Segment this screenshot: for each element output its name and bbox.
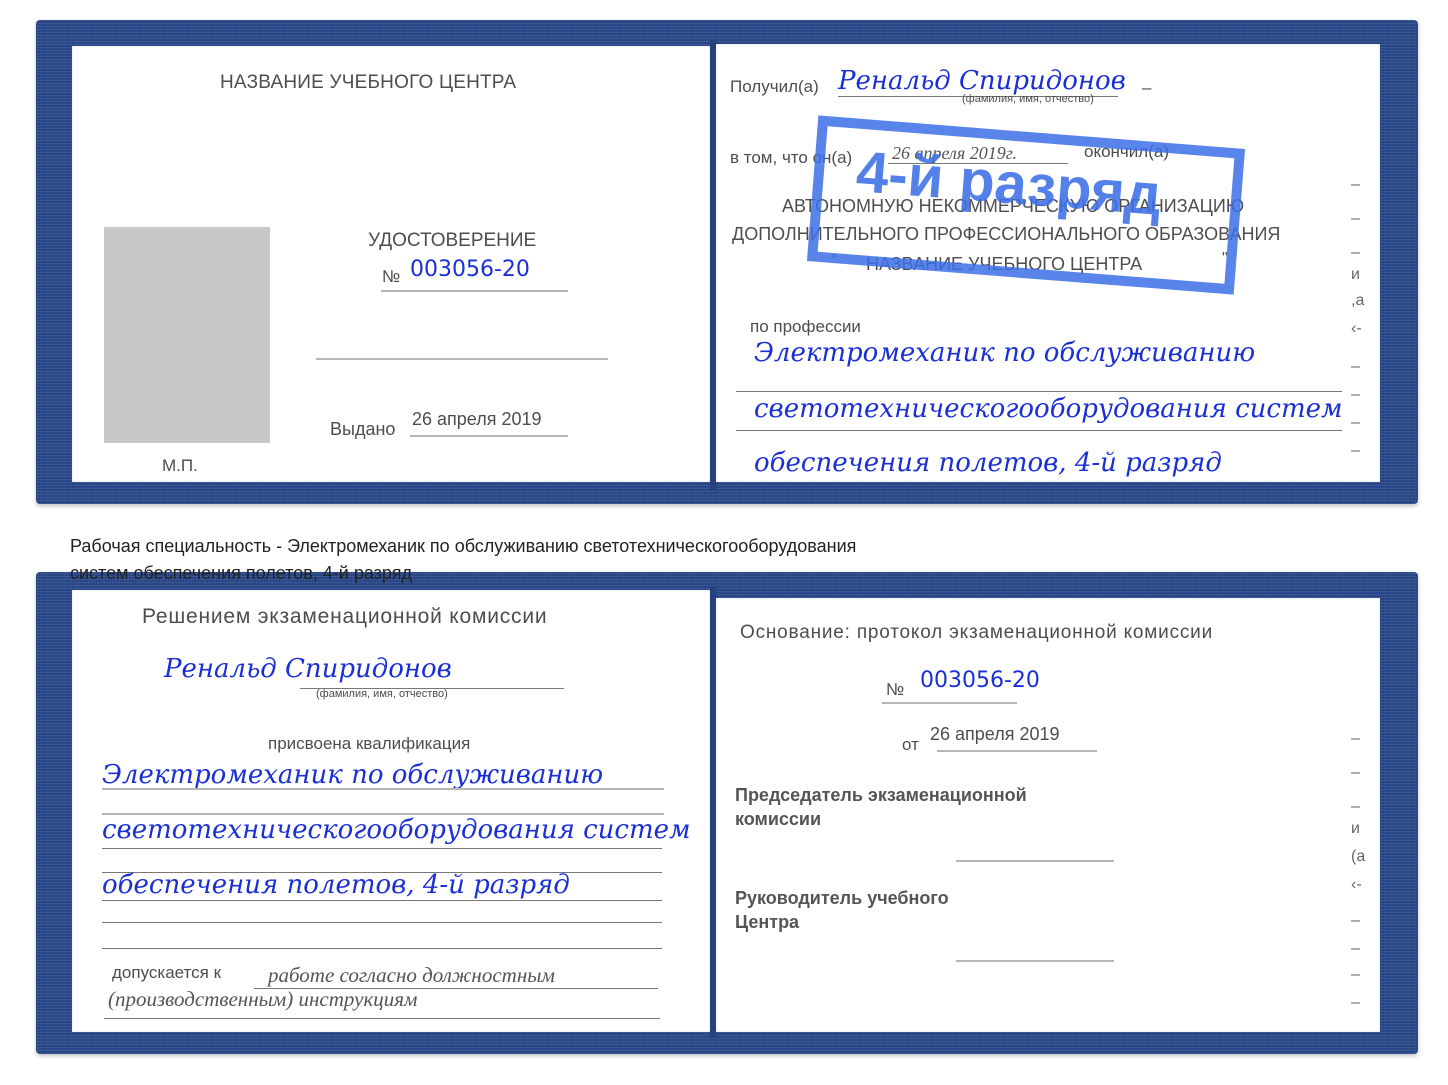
issued-label: Выдано [330,419,395,440]
head-line-2: Центра [735,912,799,933]
certificate-number-line [381,290,568,292]
edge-mark: – [1351,912,1360,930]
decision-name-hint: (фамилия, имя, отчество) [316,688,448,700]
qualification-line-1: Электромеханик по обслуживанию [102,760,603,790]
from-date: 26 апреля 2019 [930,724,1060,745]
edge-mark: – [1351,442,1360,460]
edge-mark: и [1351,820,1360,838]
edge-mark: – [1351,764,1360,782]
qualification-rule-1 [102,788,664,790]
edge-mark: – [1351,940,1360,958]
protocol-number-label: № [886,680,904,700]
decision-title: Решением экзаменационной комиссии [142,605,547,629]
edge-mark: – [1351,730,1360,748]
chairman-line-1: Председатель экзаменационной [735,785,1027,806]
basis-title: Основание: протокол экзаменационной коми… [740,622,1213,644]
caption-line-2: систем обеспечения полетов, 4-й разряд [70,563,412,584]
from-date-line [937,750,1097,752]
qualification-label: присвоена квалификация [268,734,470,754]
received-label: Получил(а) [730,77,819,97]
photo-placeholder [104,227,270,443]
edge-mark: и [1351,266,1360,284]
admitted-line-2: (производственным) инструкциям [108,987,417,1012]
qualification-rule-3 [102,848,662,849]
edge-mark: – [1351,244,1360,262]
protocol-number: 003056-20 [920,668,1040,693]
edge-mark: – [1351,210,1360,228]
profession-line-1: Электромеханик по обслуживанию [754,338,1255,368]
profession-line-3: обеспечения полетов, 4-й разряд [754,448,1222,478]
edge-mark: – [1351,414,1360,432]
qualification-rule-6 [102,922,662,923]
edge-mark: – [1351,358,1360,376]
qualification-line-3: обеспечения полетов, 4-й разряд [102,870,570,900]
name-hint: (фамилия, имя, отчество) [962,93,1094,105]
edge-mark: (а [1351,848,1365,866]
issued-date: 26 апреля 2019 [412,409,542,430]
certificate-number: 003056-20 [410,257,530,282]
profession-label: по профессии [750,317,861,337]
profession-rule-2 [736,430,1342,431]
center-name-heading: НАЗВАНИЕ УЧЕБНОГО ЦЕНТРА [220,72,516,94]
top-spine [710,40,716,490]
recipient-name: Ренальд Спиридонов [838,66,1126,96]
qualification-rule-5 [102,900,662,901]
edge-mark: – [1351,386,1360,404]
qualification-rule-7 [102,948,662,949]
caption-line-1: Рабочая специальность - Электромеханик п… [70,536,856,557]
profession-line-2: светотехническогооборудования систем [754,394,1343,424]
head-line-1: Руководитель учебного [735,888,949,909]
admitted-rule-2 [104,1018,660,1019]
edge-mark: ‹- [1351,876,1362,894]
seal-label: М.П. [162,456,198,476]
qualification-line-2: светотехническогооборудования систем [102,815,691,845]
edge-mark: – [1351,176,1360,194]
decision-recipient-name: Ренальд Спиридонов [164,654,452,684]
certificate-number-label: № [382,267,400,287]
from-label: от [902,735,919,755]
edge-mark: ‹- [1351,320,1362,338]
bottom-spine [710,586,716,1038]
edge-mark: – [1351,798,1360,816]
chairman-signature-line [956,860,1114,862]
head-signature-line [956,960,1114,962]
admitted-line-1: работе согласно должностным [268,963,555,988]
edge-mark: ,а [1351,292,1364,310]
dash: – [1142,78,1151,98]
certificate-title: УДОСТОВЕРЕНИЕ [368,230,536,252]
chairman-line-2: комиссии [735,809,821,830]
admitted-label: допускается к [112,963,221,983]
protocol-number-line [882,702,1017,704]
edge-mark: – [1351,966,1360,984]
edge-mark: – [1351,994,1360,1012]
blank-line [316,358,608,360]
profession-rule-1 [736,391,1342,392]
issued-date-line [410,435,568,437]
